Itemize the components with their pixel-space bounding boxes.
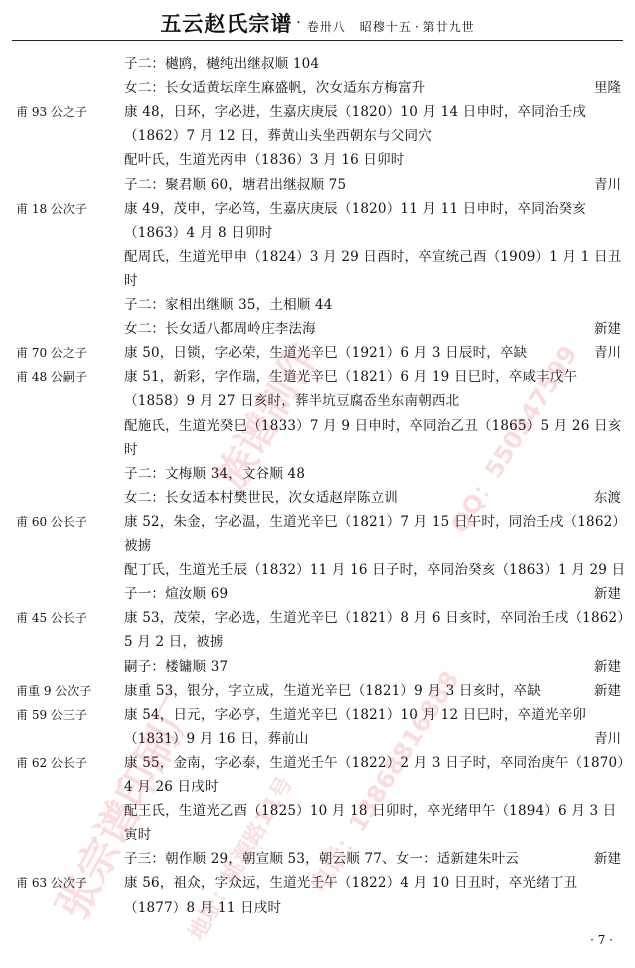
entry-line: 配周氏，生道光甲申（1824）3 月 29 日酉时，卒宣统己酉（1909）1 月…: [0, 245, 635, 269]
volume-label: 卷卅八: [307, 20, 346, 34]
entry-line: 配叶氏，生道光丙申（1836）3 月 16 日卯时: [0, 148, 635, 172]
entry-text: 康 48，日环，字必进，生嘉庆庚辰（1820）10 月 14 日申时，卒同治壬戌: [124, 100, 586, 124]
title-separator: ·: [296, 15, 300, 31]
entry-text: 女二：长女适八都周岭庄李法海: [124, 317, 316, 341]
entry-line: 子一：煊汝顺 69新建: [0, 582, 635, 606]
entry-text: 子二：家相出继顺 35，土相顺 44: [124, 293, 333, 317]
village-name: 青川: [594, 173, 621, 197]
entry-line: 甫 63 公次子康 56，祖众，字众远，生道光壬午（1822）4 月 10 日丑…: [0, 871, 635, 895]
lineage-label: 甫 62 公长子: [16, 751, 87, 775]
header-divider: [12, 40, 623, 41]
village-name: 新建: [594, 679, 621, 703]
lineage-label: 甫 18 公次子: [16, 197, 87, 221]
entry-line: 时: [0, 438, 635, 462]
village-name: 里隆: [594, 76, 621, 100]
lineage-label: 甫 63 公次子: [16, 871, 87, 895]
lineage-label: 甫 45 公长子: [16, 606, 87, 630]
entry-text: （1858）9 月 27 日亥时，葬半坑豆腐岙坐东南朝西北: [124, 389, 459, 413]
entry-line: 配丁氏，生道光壬辰（1832）11 月 16 日子时，卒同治癸亥（1863）1 …: [0, 558, 635, 582]
entry-text: 康 49，茂申，字必笃，生嘉庆庚辰（1820）11 月 11 日申时，卒同治癸亥: [124, 197, 586, 221]
entry-text: 时: [124, 269, 138, 293]
entry-line: 女二：长女适本村樊世民，次女适赵岸陈立训东渡: [0, 486, 635, 510]
entry-text: 康 54，日元，字必亨，生道光辛巳（1821）10 月 12 日巳时，卒道光辛卯: [124, 703, 586, 727]
book-title: 五云赵氏宗谱: [160, 11, 292, 36]
generation-label: 第廿九世: [423, 20, 475, 34]
entry-line: 5 月 2 日，被掳: [0, 630, 635, 654]
entry-text: 康 53，茂荣，字必选，生道光辛巳（1821）8 月 6 日亥时，卒同治壬戌（1…: [124, 606, 631, 630]
lineage-label: 甫 60 公长子: [16, 510, 87, 534]
entry-line: （1877）8 月 11 日戌时: [0, 896, 635, 920]
entry-text: 子二：文梅顺 34，文谷顺 48: [124, 462, 305, 486]
village-name: 东渡: [594, 486, 621, 510]
entry-text: 子二：樾鸥，樾纯出继叔顺 104: [124, 52, 319, 76]
entry-line: 时: [0, 269, 635, 293]
entry-text: 康 55，金南，字必泰，生道光壬午（1822）2 月 3 日子时，卒同治庚午（1…: [124, 751, 631, 775]
entry-line: 子二：聚君顺 60，塘君出继叔顺 75青川: [0, 173, 635, 197]
entry-text: 配王氏，生道光乙酉（1825）10 月 18 日卯时，卒光绪甲午（1894）6 …: [124, 799, 617, 823]
entry-text: 康 50，日锁，字必荣，生道光辛巳（1921）6 月 3 日辰时，卒缺: [124, 341, 527, 365]
village-name: 新建: [594, 847, 621, 871]
entry-text: 康重 53，银分，字立成，生道光辛巳（1821）9 月 3 日亥时，卒缺: [124, 679, 541, 703]
entry-text: 配叶氏，生道光丙申（1836）3 月 16 日卯时: [124, 148, 405, 172]
entry-text: 子二：聚君顺 60，塘君出继叔顺 75: [124, 173, 346, 197]
entry-line: 女二：长女适八都周岭庄李法海新建: [0, 317, 635, 341]
entry-text: 5 月 2 日，被掳: [124, 630, 224, 654]
branch-label: 昭穆十五: [360, 20, 412, 34]
entry-text: 女二：长女适黄坛庠生麻盛帆，次女适东方梅富升: [124, 76, 425, 100]
village-name: 青川: [594, 727, 621, 751]
entry-line: 子二：家相出继顺 35，土相顺 44: [0, 293, 635, 317]
lineage-label: 甫重 9 公次子: [16, 679, 91, 703]
lineage-label: 甫 59 公三子: [16, 703, 87, 727]
entry-text: （1863）4 月 8 日卯时: [124, 221, 272, 245]
entry-line: 甫 62 公长子康 55，金南，字必泰，生道光壬午（1822）2 月 3 日子时…: [0, 751, 635, 775]
village-name: 新建: [594, 317, 621, 341]
lineage-label: 甫 93 公之子: [16, 100, 87, 124]
village-name: 新建: [594, 582, 621, 606]
entry-text: 子一：煊汝顺 69: [124, 582, 228, 606]
entry-line: 子二：文梅顺 34，文谷顺 48: [0, 462, 635, 486]
entry-text: 时: [124, 438, 138, 462]
entry-line: 甫 60 公长子康 52，朱金，字必温，生道光辛巳（1821）7 月 15 日午…: [0, 510, 635, 534]
entry-line: 4 月 26 日戌时: [0, 775, 635, 799]
entry-line: （1863）4 月 8 日卯时: [0, 221, 635, 245]
entry-line: 嗣子：楼镛顺 37新建: [0, 655, 635, 679]
entry-text: 配周氏，生道光甲申（1824）3 月 29 日酉时，卒宣统己酉（1909）1 月…: [124, 245, 621, 269]
entry-line: 甫 45 公长子康 53，茂荣，字必选，生道光辛巳（1821）8 月 6 日亥时…: [0, 606, 635, 630]
entry-line: （1858）9 月 27 日亥时，葬半坑豆腐岙坐东南朝西北: [0, 389, 635, 413]
entry-line: 女二：长女适黄坛庠生麻盛帆，次女适东方梅富升里隆: [0, 76, 635, 100]
entry-line: 甫 93 公之子康 48，日环，字必进，生嘉庆庚辰（1820）10 月 14 日…: [0, 100, 635, 124]
entry-text: 配丁氏，生道光壬辰（1832）11 月 16 日子时，卒同治癸亥（1863）1 …: [124, 558, 625, 582]
entry-line: （1831）9 月 16 日，葬前山青川: [0, 727, 635, 751]
entry-text: 被掳: [124, 534, 151, 558]
entry-text: （1862）7 月 12 日，葬黄山头坐西朝东与父同穴: [124, 124, 432, 148]
entry-text: （1877）8 月 11 日戌时: [124, 896, 281, 920]
entry-text: 配施氏，生道光癸巳（1833）7 月 9 日申时，卒同治乙丑（1865）5 月 …: [124, 414, 621, 438]
entry-text: 嗣子：楼镛顺 37: [124, 655, 228, 679]
entry-line: 甫 70 公之子康 50，日锁，字必荣，生道光辛巳（1921）6 月 3 日辰时…: [0, 341, 635, 365]
entry-line: 甫重 9 公次子康重 53，银分，字立成，生道光辛巳（1821）9 月 3 日亥…: [0, 679, 635, 703]
entry-line: 配王氏，生道光乙酉（1825）10 月 18 日卯时，卒光绪甲午（1894）6 …: [0, 799, 635, 823]
page-number: · 7 ·: [590, 933, 613, 947]
entry-line: （1862）7 月 12 日，葬黄山头坐西朝东与父同穴: [0, 124, 635, 148]
entry-line: 寅时: [0, 823, 635, 847]
entry-line: 子三：朝作顺 29，朝宣顺 53，朝云顺 77、女一：适新建朱叶云新建: [0, 847, 635, 871]
entry-text: 子三：朝作顺 29，朝宣顺 53，朝云顺 77、女一：适新建朱叶云: [124, 847, 519, 871]
lineage-label: 甫 48 公嗣子: [16, 365, 87, 389]
entry-text: 康 52，朱金，字必温，生道光辛巳（1821）7 月 15 日午时，同治壬戌（1…: [124, 510, 626, 534]
page-header: 五云赵氏宗谱·卷卅八昭穆十五·第廿九世: [0, 8, 635, 38]
entry-line: 甫 59 公三子康 54，日元，字必亨，生道光辛巳（1821）10 月 12 日…: [0, 703, 635, 727]
entry-text: 寅时: [124, 823, 151, 847]
entry-line: 子二：樾鸥，樾纯出继叔顺 104: [0, 52, 635, 76]
entry-line: 配施氏，生道光癸巳（1833）7 月 9 日申时，卒同治乙丑（1865）5 月 …: [0, 414, 635, 438]
entry-text: 女二：长女适本村樊世民，次女适赵岸陈立训: [124, 486, 398, 510]
entry-text: 4 月 26 日戌时: [124, 775, 219, 799]
entry-text: （1831）9 月 16 日，葬前山: [124, 727, 309, 751]
entry-text: 康 51，新彩，字作瑞，生道光辛巳（1821）6 月 19 日巳时，卒咸丰戊午: [124, 365, 577, 389]
village-name: 青川: [594, 341, 621, 365]
lineage-label: 甫 70 公之子: [16, 341, 87, 365]
entry-line: 甫 18 公次子康 49，茂申，字必笃，生嘉庆庚辰（1820）11 月 11 日…: [0, 197, 635, 221]
entry-line: 甫 48 公嗣子康 51，新彩，字作瑞，生道光辛巳（1821）6 月 19 日巳…: [0, 365, 635, 389]
village-name: 新建: [594, 655, 621, 679]
entry-text: 康 56，祖众，字众远，生道光壬午（1822）4 月 10 日丑时，卒光绪丁丑: [124, 871, 577, 895]
sub-separator: ·: [415, 20, 420, 34]
entry-line: 被掳: [0, 534, 635, 558]
